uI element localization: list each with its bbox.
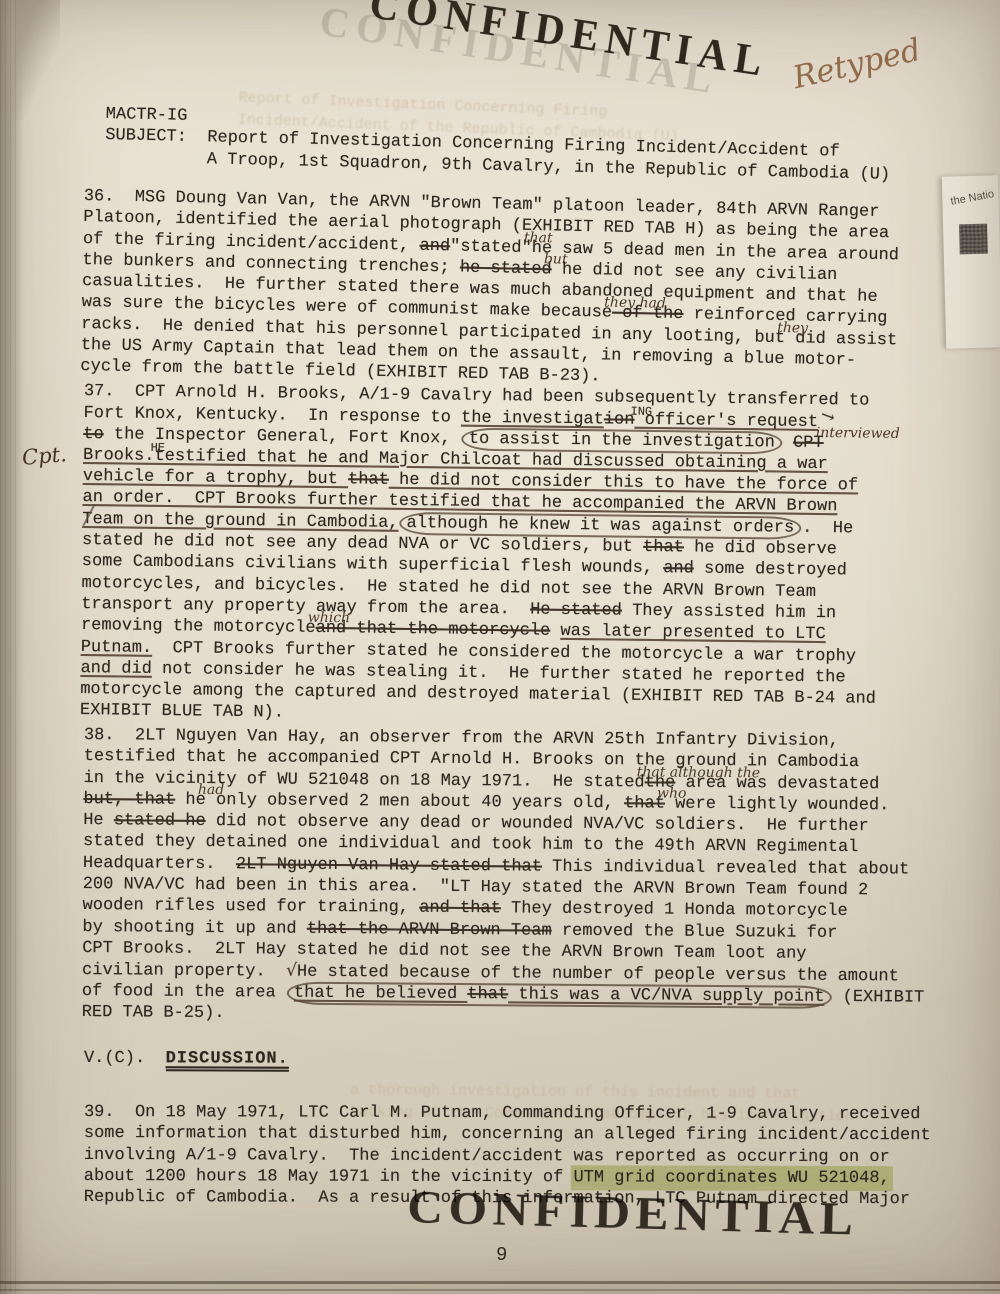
paragraph-37: 37. CPT Arnold H. Brooks, A/1-9 Cavalry … [80,381,974,733]
typed-text: Headquarters. [83,854,236,874]
typed-text: They destroyed 1 Honda motorcycle [501,900,848,922]
struck-text: that the ARVN Brown Team [307,919,552,940]
typed-text [783,433,793,452]
typed-text: This individual revealed that about [542,857,909,879]
struck-text: and [419,236,450,256]
typed-text: removed the Blue Suzuki for [552,921,838,942]
section-heading-discussion: V.(C). DISCUSSION. [84,1048,974,1072]
typed-text: some information that disturbed him, con… [84,1124,931,1145]
struck-text: but, that [83,790,175,810]
page-number: 9 [496,1244,507,1266]
struck-text: stated he [114,811,206,831]
typed-text: that he believed that this was a VC/NVA … [287,981,832,1008]
typed-text: in the vicinity of WU 521048 on 18 May 1… [84,769,645,792]
typed-text: some destroyed [694,560,847,581]
paragraph-36: 36. MSG Doung Van Van, the ARVN "Brown T… [80,186,974,395]
text-line: involving A/1-9 Cavalry. The incident/ac… [84,1145,974,1169]
typed-text: He [83,811,114,830]
typed-text: V.(C). [84,1049,166,1068]
typed-text: this was a VC/NVA supply point [508,985,824,1006]
typed-text: √ [286,961,297,981]
struck-text: he stated [460,258,552,279]
struck-text: to [83,425,104,444]
typed-text: DISCUSSION. [166,1049,289,1071]
page-stack-lines [0,0,16,1294]
struck-text: that [348,470,389,489]
typed-text: by shooting it up and [82,918,307,939]
text-line: 39. On 18 May 1971, LTC Carl M. Putnam, … [84,1102,974,1126]
typed-text: MACTR-IG [106,105,188,126]
typed-text: wooden rifles used for training, [83,896,420,918]
underlying-page-text: the Natio [950,188,995,208]
page-bottom-edge-2 [0,1289,1000,1291]
typed-text: only observed 2 men about 40 years old, [206,791,624,813]
typed-text: Putnam. [81,638,153,658]
typed-text: the investigat [461,409,604,430]
text-line: some information that disturbed him, con… [84,1123,974,1147]
struck-text: and that the motorcycle [316,619,551,641]
barcode-square [959,224,988,255]
typed-text: (EXHIBIT [832,987,924,1007]
typed-text: vehicle for a trophy, but [83,467,348,489]
typed-text: 39. On 18 May 1971, LTC Carl M. Putnam, … [84,1103,921,1124]
struck-text: and that [419,899,501,919]
page-bottom-edge [0,1281,1000,1284]
struck-text: that [643,538,684,557]
typed-text: EXHIBIT BLUE TAB N). [80,701,284,722]
typed-text: RED TAB B-25). [82,1003,225,1023]
typed-text: was later presented to LTC [560,622,825,644]
struck-text: that [467,985,508,1004]
typed-text: of food in the area [82,982,286,1003]
paragraph-38: 38. 2LT Nguyen Van Hay, an observer from… [82,725,974,1030]
typed-text: . He [802,519,853,539]
typed-text: "stated" [450,237,532,258]
typed-text: and did [80,659,152,679]
typed-text: They assisted him in [622,602,836,624]
typed-text: that he believed [294,983,468,1003]
typed-text: Team on the ground in Cambodia, [82,510,398,533]
struck-text: and [663,559,694,578]
typed-text: involving A/1-9 Cavalry. The incident/ac… [84,1146,890,1167]
typed-text: removing the motorcycle [81,616,316,638]
typed-text: were lightly wounded. [665,794,890,815]
text-line: V.(C). DISCUSSION. [84,1048,974,1072]
confidential-stamp-bottom: CONFIDENTIAL [406,1180,858,1247]
typed-text: Brooks. [83,446,155,466]
handwritten-retyped-note: Retyped [790,32,924,96]
typed-text: he did observe [684,538,837,559]
document-page: Report of Investigation Concerning Firin… [0,0,1000,1294]
typed-text: civilian property. [82,961,286,982]
underlying-page-edge: the Natio [942,175,1000,348]
struck-text: He stated [530,600,622,620]
struck-text: 2LT Nguyen Van Hay stated that [236,855,542,876]
margin-annotation-cpt: Cpt. [21,442,68,470]
